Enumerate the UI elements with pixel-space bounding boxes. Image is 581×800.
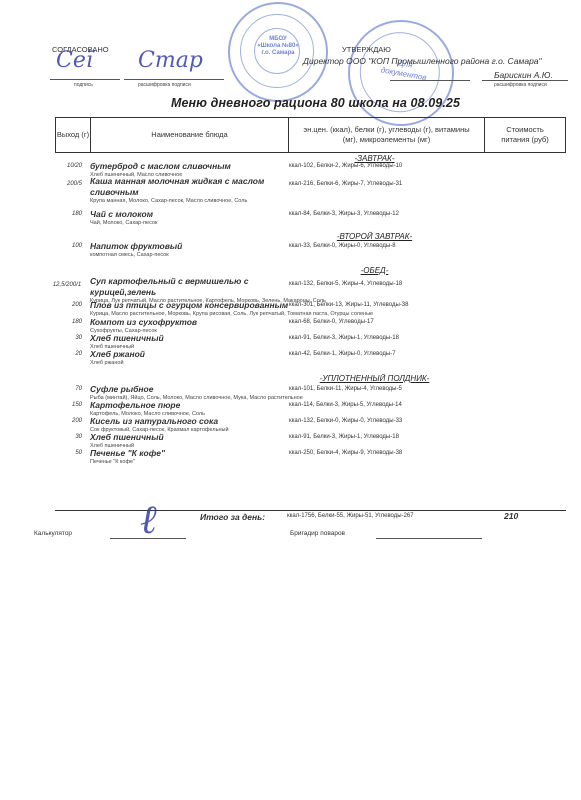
- item-yield: 30: [52, 335, 82, 341]
- item-name: бутерброд с маслом сливочным: [90, 161, 290, 172]
- item-yield: 200/5: [52, 181, 82, 187]
- item-name: Чай с молоком: [90, 209, 290, 220]
- item-nutrition: ккал-132, Белки-0, Жиры-0, Углеводы-33: [289, 418, 402, 424]
- header-dish-name: Наименование блюда: [91, 118, 289, 152]
- item-yield: 70: [52, 386, 82, 392]
- item-nutrition: ккал-91, Белки-3, Жиры-1, Углеводы-18: [289, 335, 399, 341]
- item-yield: 12,5/200/1: [50, 281, 84, 290]
- approved-heading: УТВЕРЖДАЮ: [342, 45, 391, 54]
- company-stamp: Для документов: [340, 12, 463, 135]
- item-name: Плов из птицы с огурцом консервированным: [90, 300, 295, 311]
- total-cost: 210: [504, 511, 518, 521]
- item-ingredients: Крупа манная, Молоко, Сахар-песок, Масло…: [90, 198, 247, 204]
- chef-signature-line: [376, 538, 482, 539]
- table-header: Выход (г) Наименование блюда эн.цен. (кк…: [55, 117, 566, 153]
- item-yield: 20: [52, 351, 82, 357]
- item-yield: 30: [52, 434, 82, 440]
- school-stamp-line-1: МБОУ: [254, 36, 302, 43]
- item-ingredients: Печенье "К кофе": [90, 459, 135, 465]
- item-nutrition: ккал-216, Белки-6, Жиры-7, Углеводы-31: [289, 181, 402, 187]
- item-yield: 100: [52, 243, 82, 249]
- item-yield: 180: [52, 319, 82, 325]
- total-nutrition: ккал-1756, Белки-55, Жиры-51, Углеводы-2…: [287, 513, 414, 519]
- signature-line-right: [390, 80, 470, 81]
- item-nutrition: ккал-101, Белки-11, Жиры-4, Углеводы-5: [289, 386, 402, 392]
- page-title: Меню дневного рациона 80 школа на 08.09.…: [0, 96, 581, 110]
- decode-line-right: [482, 80, 568, 81]
- item-yield: 50: [52, 450, 82, 456]
- item-name: Суп картофельный с вермишелью с курицей,…: [90, 276, 290, 298]
- signature-left-1: Сеї: [56, 48, 93, 73]
- item-nutrition: ккал-102, Белки-2, Жиры-6, Углеводы-10: [289, 163, 402, 169]
- director-position: Директор ООО "КОП Промышленного района г…: [303, 56, 542, 66]
- item-nutrition: ккал-68, Белки-0, Углеводы-17: [289, 319, 374, 325]
- section-title: -ВТОРОЙ ЗАВТРАК-: [0, 232, 581, 241]
- item-yield: 180: [52, 211, 82, 217]
- school-stamp: МБОУ «Школа №80» г.о. Самара: [228, 2, 328, 102]
- total-divider: [55, 510, 566, 511]
- item-nutrition: ккал-42, Белки-1, Жиры-0, Углеводы-7: [289, 351, 396, 357]
- header-nutrition: эн.цен. (ккал), белки (г), углеводы (г),…: [289, 118, 485, 152]
- item-nutrition: ккал-114, Белки-3, Жиры-5, Углеводы-14: [289, 402, 402, 408]
- item-name: Печенье "К кофе": [90, 448, 290, 459]
- item-nutrition: ккал-132, Белки-5, Жиры-4, Углеводы-18: [289, 281, 402, 287]
- item-ingredients: компотная смесь, Сахар-песок: [90, 252, 169, 258]
- item-ingredients: Чай, Молоко, Сахар-песок: [90, 220, 157, 226]
- signature-left-2: Стар: [138, 48, 203, 73]
- decode-line-left: [124, 79, 224, 80]
- item-name: Каша манная молочная жидкая с маслом сли…: [90, 176, 290, 198]
- item-yield: 200: [52, 418, 82, 424]
- calculator-label: Калькулятор: [34, 530, 72, 537]
- item-nutrition: ккал-33, Белки-0, Жиры-0, Углеводы-8: [289, 243, 396, 249]
- item-yield: 10/20: [52, 163, 82, 169]
- item-nutrition: ккал-91, Белки-3, Жиры-1, Углеводы-18: [289, 434, 399, 440]
- header-yield: Выход (г): [56, 118, 91, 152]
- item-ingredients: Хлеб ржаной: [90, 360, 124, 366]
- item-nutrition: ккал-301, Белки-13, Жиры-11, Углеводы-38: [289, 302, 408, 308]
- item-name: Хлеб пшеничный: [90, 333, 290, 344]
- section-title: -УПЛОТНЕННЫЙ ПОЛДНИК-: [0, 374, 581, 383]
- item-name: Компот из сухофруктов: [90, 317, 290, 328]
- item-name: Хлеб пшеничный: [90, 432, 290, 443]
- item-name: Напиток фруктовый: [90, 241, 290, 252]
- header-cost: Стоимость питания (руб): [485, 118, 565, 152]
- item-yield: 150: [52, 402, 82, 408]
- item-nutrition: ккал-84, Белки-3, Жиры-3, Углеводы-12: [289, 211, 399, 217]
- item-yield: 200: [52, 302, 82, 308]
- school-stamp-line-3: г.о. Самара: [254, 50, 302, 57]
- decode-label-right: расшифровка подписи: [494, 82, 547, 88]
- director-name: Барискин А.Ю.: [494, 70, 553, 80]
- item-name: Картофельное пюре: [90, 400, 290, 411]
- section-title: -ОБЕД-: [0, 266, 581, 275]
- item-name: Хлеб ржаной: [90, 349, 290, 360]
- section-title: -ЗАВТРАК-: [0, 154, 581, 163]
- item-name: Суфле рыбное: [90, 384, 290, 395]
- school-stamp-line-2: «Школа №80»: [254, 43, 302, 50]
- signature-line-left: [50, 79, 120, 80]
- item-name: Кисель из натурального сока: [90, 416, 290, 427]
- total-label: Итого за день:: [200, 512, 265, 522]
- signature-label-left: подпись: [74, 82, 93, 88]
- decode-label-left: расшифровка подписи: [138, 82, 191, 88]
- item-nutrition: ккал-250, Белки-4, Жиры-9, Углеводы-38: [289, 450, 402, 456]
- chef-label: Бригадир поваров: [290, 530, 345, 537]
- calculator-signature: ℓ: [140, 500, 157, 540]
